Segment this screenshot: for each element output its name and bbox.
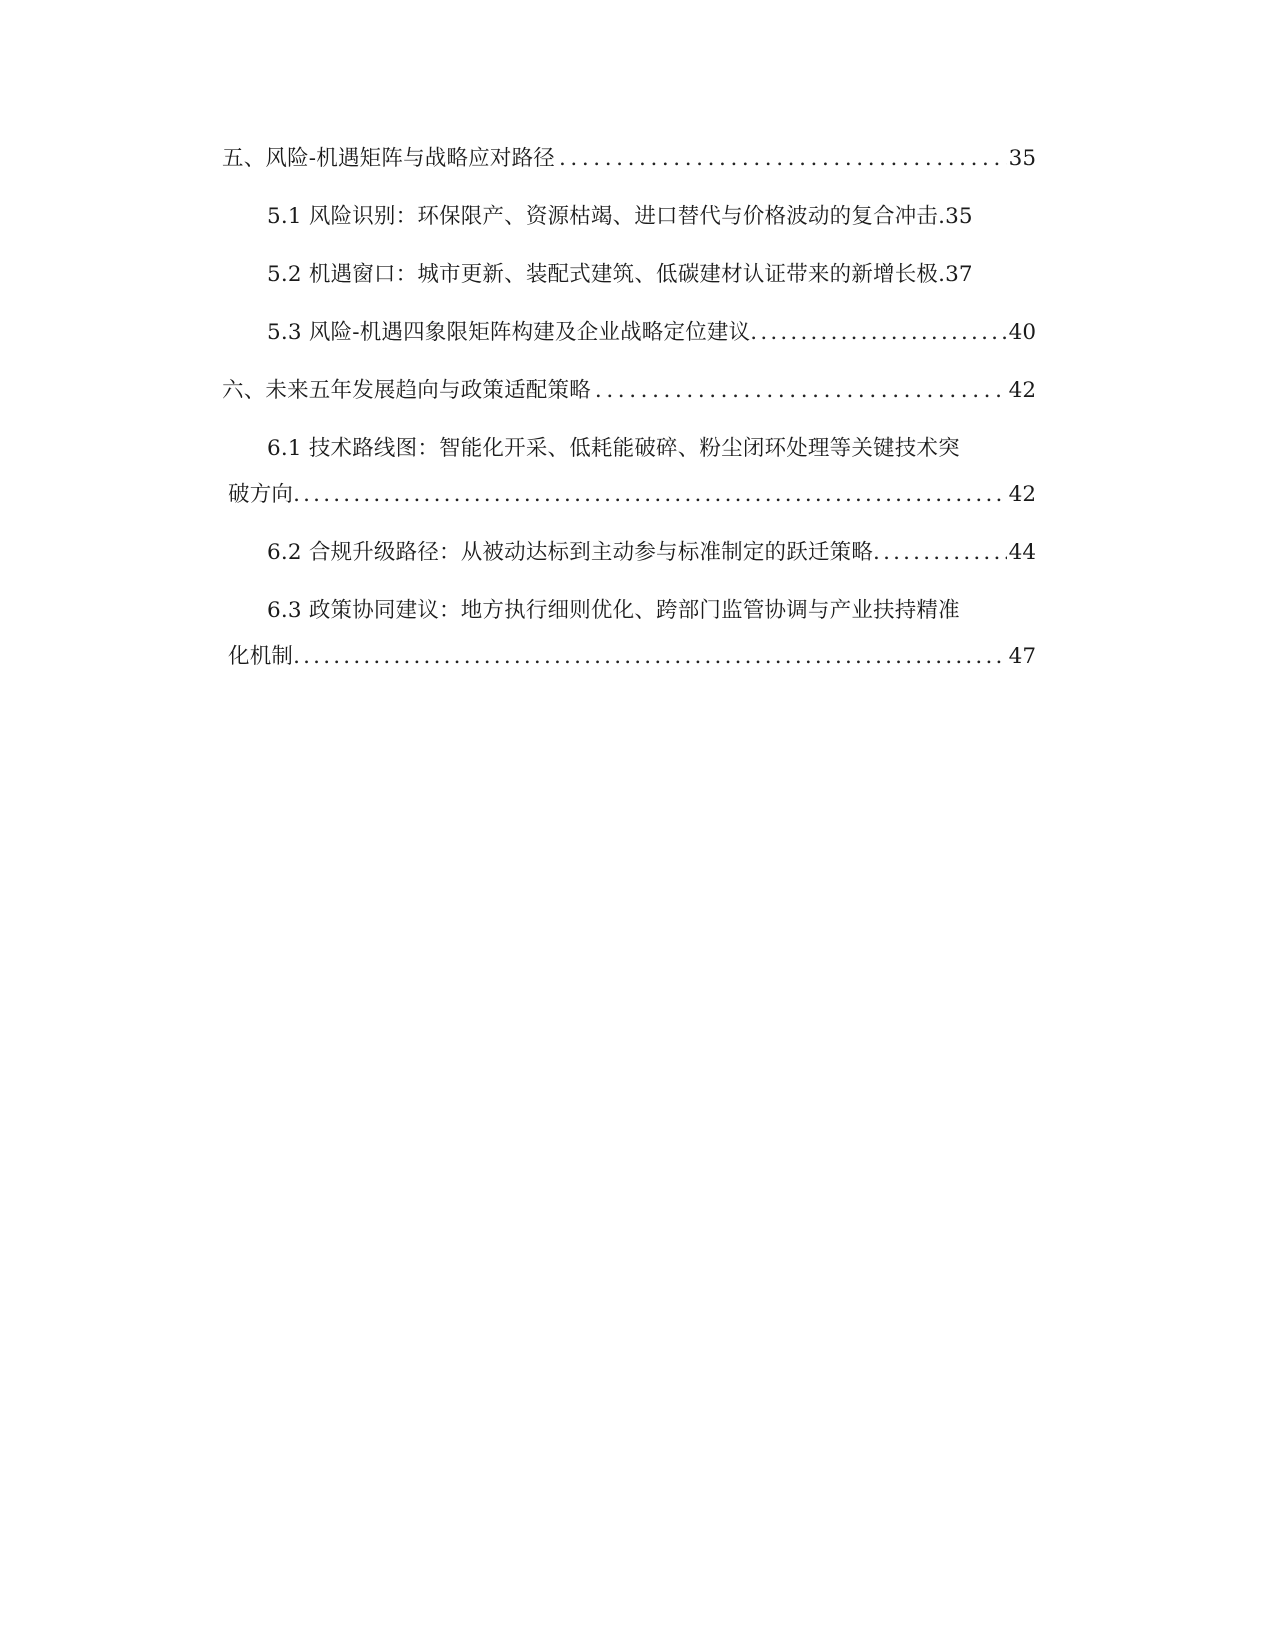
toc-page-number: 42 [1009, 374, 1036, 408]
toc-page-number: 40 [1009, 316, 1036, 350]
toc-entry-5-3[interactable]: 5.3 风险-机遇四象限矩阵构建及企业战略定位建议 ..............… [222, 316, 1036, 350]
dot-leader: ........................................… [750, 316, 1006, 350]
toc-entry-6-2[interactable]: 6.2 合规升级路径：从被动达标到主动参与标准制定的跃迁策略 .........… [222, 536, 1036, 570]
dot-leader: ........................................… [293, 478, 1007, 512]
document-page: 五、风险-机遇矩阵与战略应对路径 .......................… [0, 0, 1275, 1650]
toc-entry-5-2[interactable]: 5.2 机遇窗口：城市更新、装配式建筑、低碳建材认证带来的新增长极. 37 [222, 258, 1036, 292]
dot-leader: ........................................… [873, 536, 1007, 570]
table-of-contents: 五、风险-机遇矩阵与战略应对路径 .......................… [222, 142, 1036, 674]
toc-entry-title: 6.1 技术路线图：智能化开采、低耗能破碎、粉尘闭环处理等关键技术突 [267, 432, 960, 466]
toc-page-number: 35 [945, 200, 972, 234]
dot-leader: ........................................… [595, 374, 1007, 408]
toc-entry-5-1[interactable]: 5.1 风险识别：环保限产、资源枯竭、进口替代与价格波动的复合冲击. 35 [222, 200, 1036, 234]
toc-entry-title: 5.1 风险识别：环保限产、资源枯竭、进口替代与价格波动的复合冲击. [267, 200, 945, 234]
dot-leader: ........................................… [293, 640, 1007, 674]
toc-entry-6-1[interactable]: 6.1 技术路线图：智能化开采、低耗能破碎、粉尘闭环处理等关键技术突 破方向 .… [222, 432, 1036, 512]
toc-page-number: 37 [945, 258, 972, 292]
toc-entry-title: 6.3 政策协同建议：地方执行细则优化、跨部门监管协调与产业扶持精准 [267, 594, 960, 628]
toc-entry-title: 5.2 机遇窗口：城市更新、装配式建筑、低碳建材认证带来的新增长极. [267, 258, 945, 292]
toc-entry-chapter-6[interactable]: 六、未来五年发展趋向与政策适配策略 ......................… [222, 374, 1036, 408]
toc-page-number: 35 [1009, 142, 1036, 176]
toc-page-number: 42 [1009, 478, 1036, 512]
toc-entry-title: 五、风险-机遇矩阵与战略应对路径 [222, 142, 555, 176]
toc-entry-title: 六、未来五年发展趋向与政策适配策略 [222, 374, 591, 408]
dot-leader: ........................................… [559, 142, 1007, 176]
toc-entry-title: 5.3 风险-机遇四象限矩阵构建及企业战略定位建议 [267, 316, 750, 350]
toc-entry-title: 6.2 合规升级路径：从被动达标到主动参与标准制定的跃迁策略 [267, 536, 873, 570]
toc-entry-title-continuation: 化机制 [228, 640, 293, 674]
toc-entry-title-continuation: 破方向 [228, 478, 293, 512]
toc-page-number: 47 [1009, 640, 1036, 674]
toc-page-number: 44 [1009, 536, 1036, 570]
toc-entry-chapter-5[interactable]: 五、风险-机遇矩阵与战略应对路径 .......................… [222, 142, 1036, 176]
toc-entry-6-3[interactable]: 6.3 政策协同建议：地方执行细则优化、跨部门监管协调与产业扶持精准 化机制 .… [222, 594, 1036, 674]
